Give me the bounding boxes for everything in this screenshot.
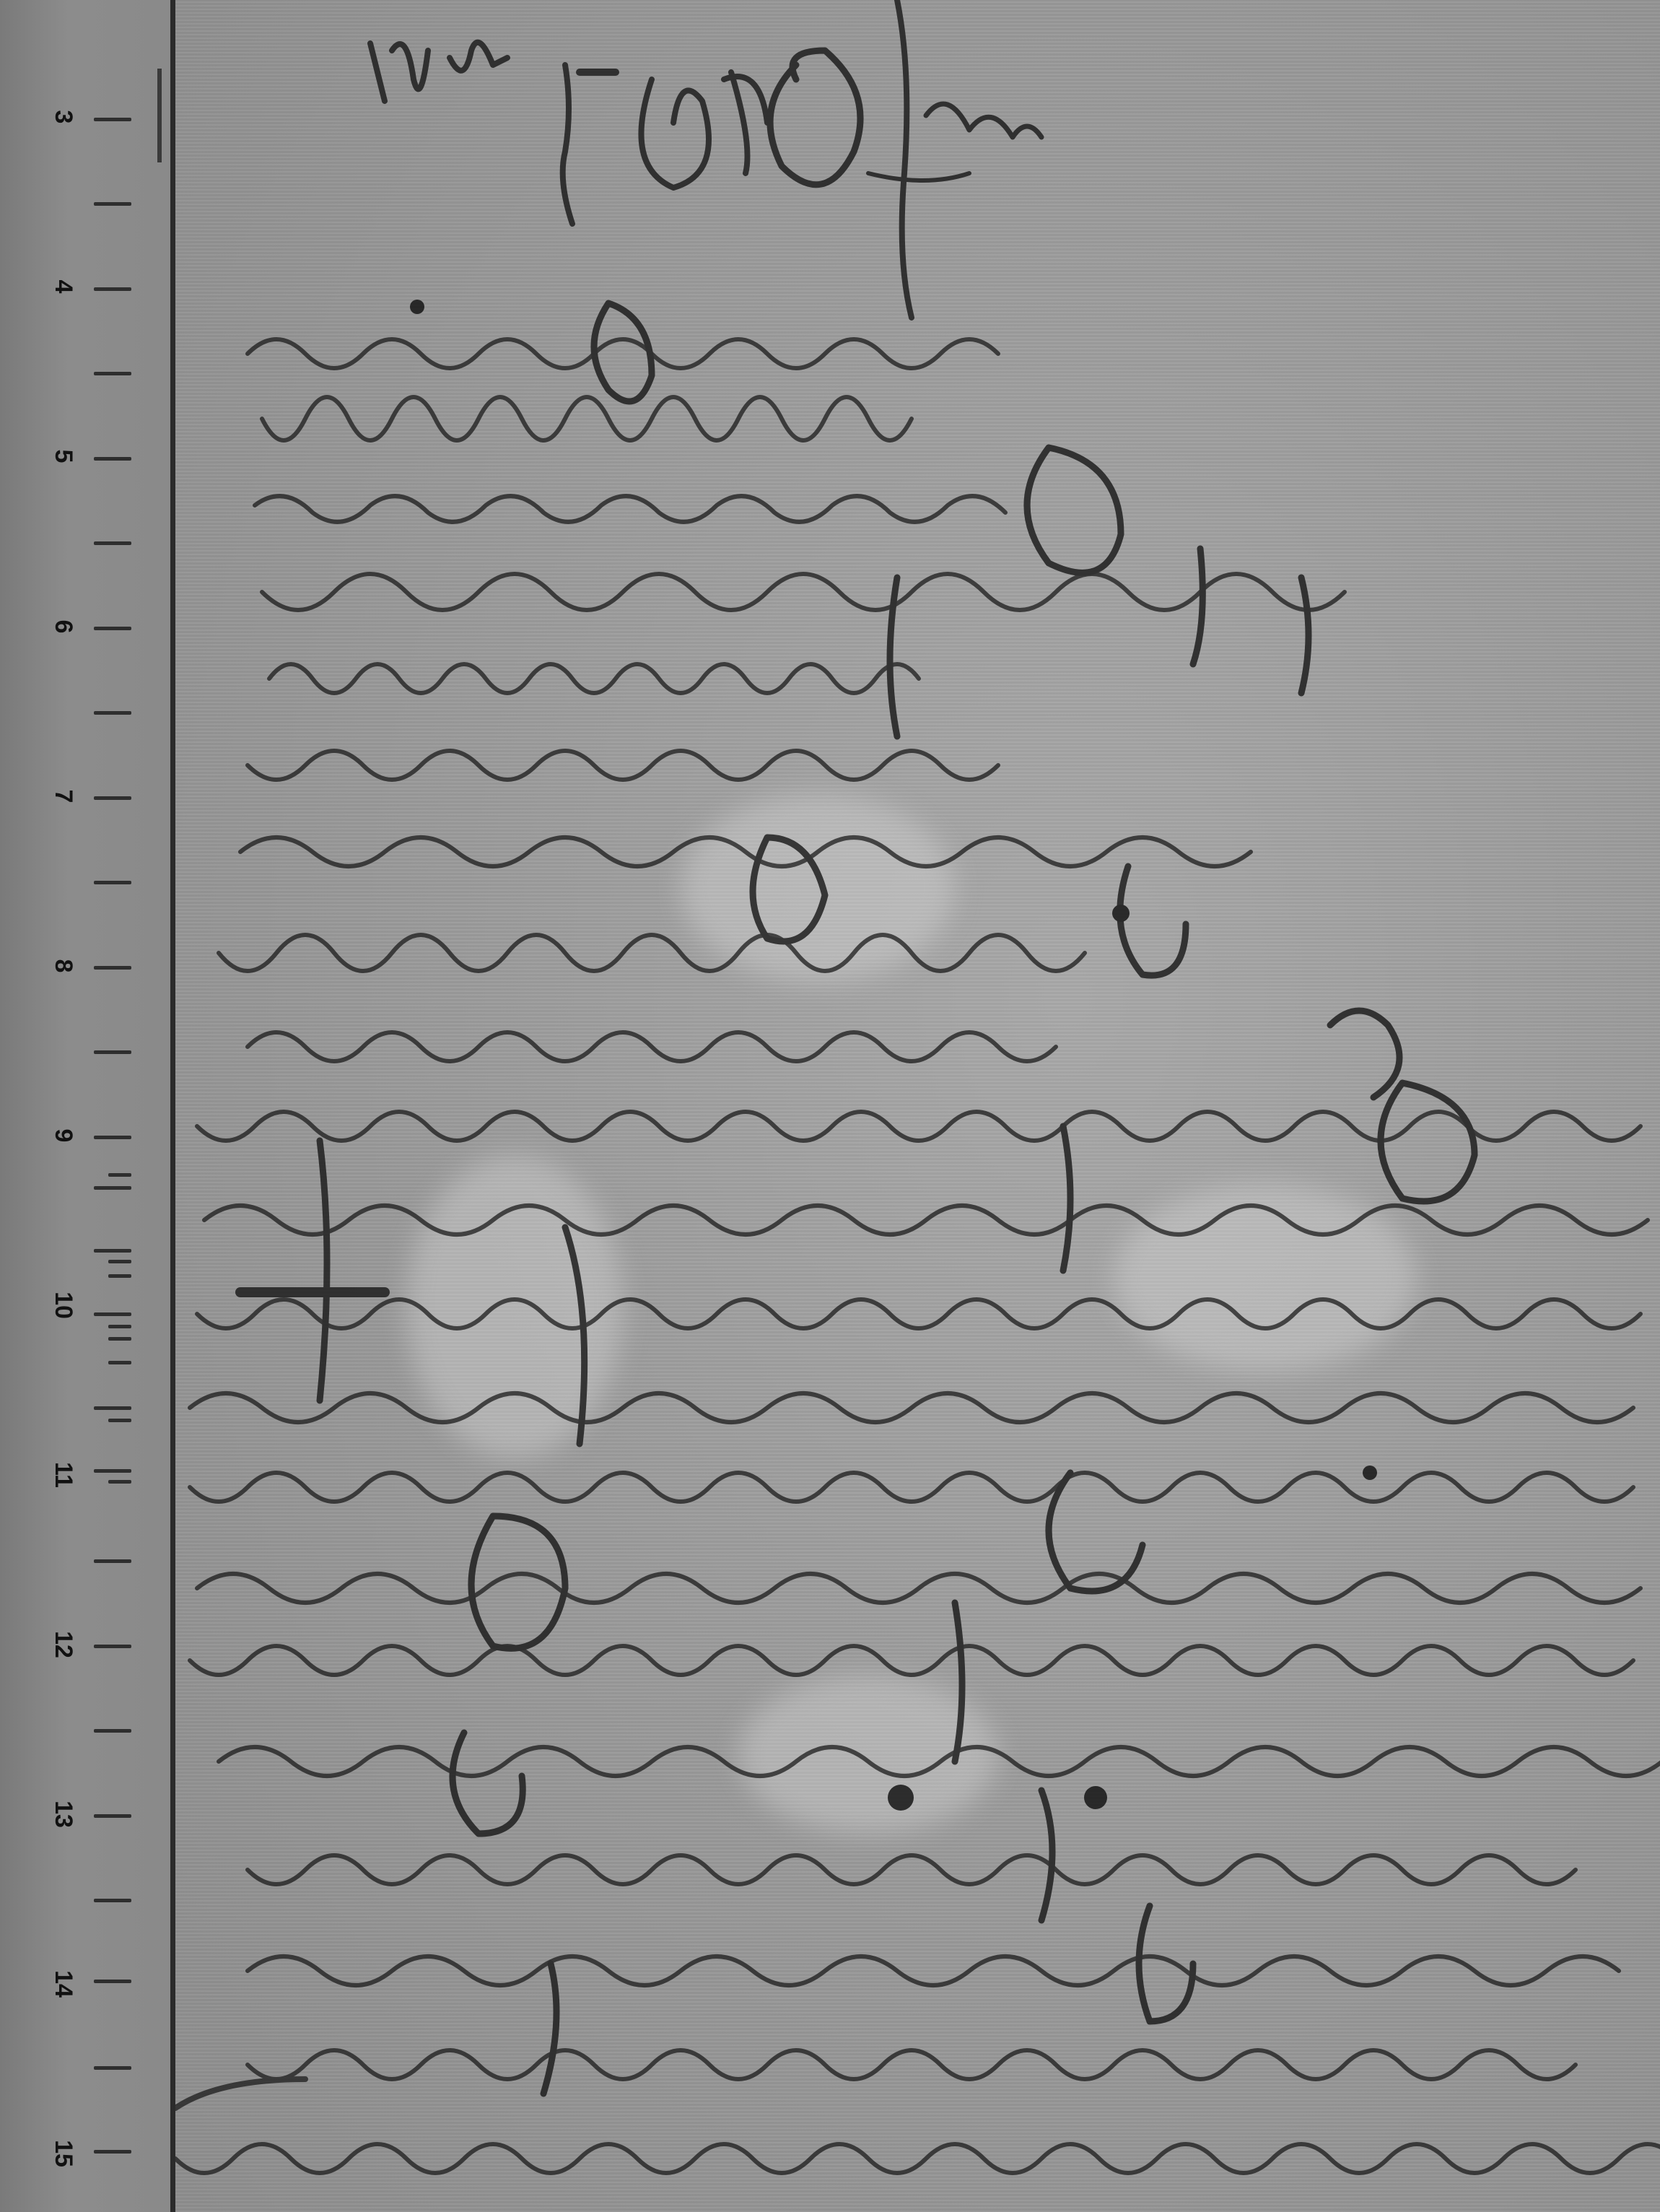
ruler-label-11: 11 xyxy=(42,1453,85,1497)
ruler-label-10: 10 xyxy=(42,1284,85,1327)
ruler-label-14: 14 xyxy=(42,1962,85,2006)
ruler-label-6: 6 xyxy=(42,605,85,648)
measuring-ruler: 3 4 5 6 7 8 9 10 11 12 13 14 15 xyxy=(0,0,172,2212)
ruler-label-7: 7 xyxy=(42,775,85,818)
ruler-label-13: 13 xyxy=(42,1793,85,1836)
ruler-label-8: 8 xyxy=(42,944,85,988)
ruler-edge-line xyxy=(170,0,175,2212)
ruler-label-4: 4 xyxy=(42,265,85,308)
manuscript-page xyxy=(175,0,1660,2212)
ruler-inner-line xyxy=(157,69,162,162)
ruler-label-5: 5 xyxy=(42,435,85,478)
ruler-label-9: 9 xyxy=(42,1114,85,1157)
ruler-label-15: 15 xyxy=(42,2132,85,2175)
handwritten-script xyxy=(175,0,1660,2212)
ruler-label-12: 12 xyxy=(42,1623,85,1666)
ruler-label-3: 3 xyxy=(42,95,85,139)
